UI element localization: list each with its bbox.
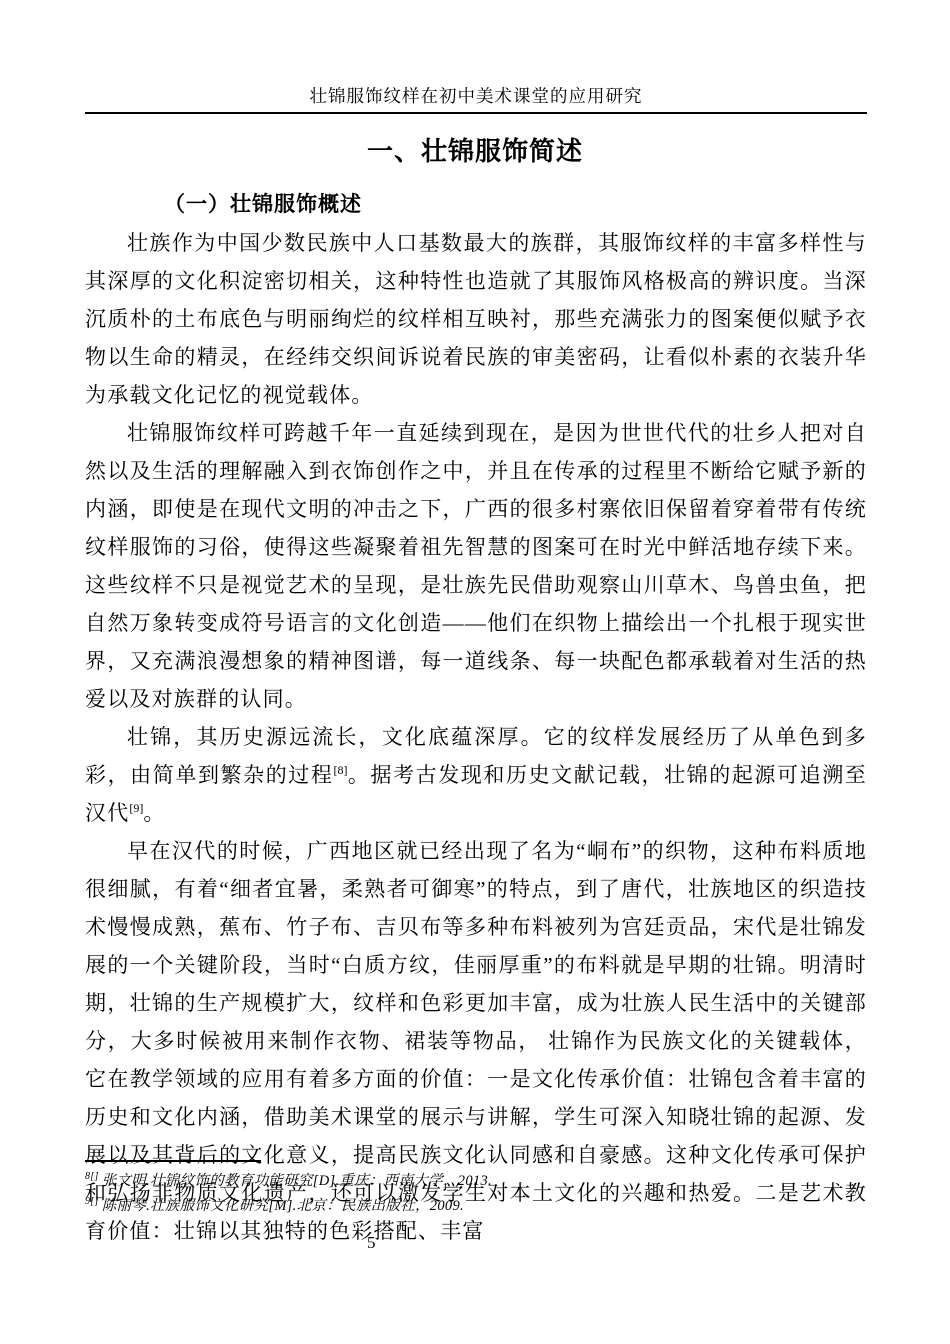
- footnote-text-9: 陈丽琴.壮族服饰文化研究[M].北京：民族出版社，2009.: [102, 1198, 464, 1214]
- page-number: 5: [367, 1233, 376, 1253]
- document-page: 壮锦服饰纹样在初中美术课堂的应用研究 一、壮锦服饰简述 （一）壮锦服饰概述 壮族…: [0, 0, 950, 1344]
- body-text: 壮族作为中国少数民族中人口基数最大的族群，其服饰纹样的丰富多样性与其深厚的文化积…: [85, 224, 867, 1250]
- footnote-marker-8: 8[]: [85, 1171, 99, 1182]
- footnotes-section: 8[]张文明.壮锦纹饰的教育功能研究[D].重庆：西南大学，2013. 9[]陈…: [85, 1160, 867, 1219]
- footnote-ref-9: [9]: [129, 801, 143, 815]
- paragraph-2: 壮锦服饰纹样可跨越千年一直延续到现在，是因为世世代代的壮乡人把对自然以及生活的理…: [85, 414, 867, 718]
- paragraph-3-text-3: 。: [143, 801, 165, 825]
- footnote-ref-8: [8]: [333, 763, 347, 777]
- footnote-item-9: 9[]陈丽琴.壮族服饰文化研究[M].北京：民族出版社，2009.: [85, 1194, 867, 1219]
- footnote-separator-rule: [85, 1160, 261, 1162]
- paragraph-3: 壮锦，其历史源远流长，文化底蕴深厚。它的纹样发展经历了从单色到多彩，由简单到繁杂…: [85, 718, 867, 832]
- footnote-marker-9: 9[]: [85, 1196, 99, 1207]
- header-rule: [85, 112, 867, 114]
- paragraph-1: 壮族作为中国少数民族中人口基数最大的族群，其服饰纹样的丰富多样性与其深厚的文化积…: [85, 224, 867, 414]
- chapter-title: 一、壮锦服饰简述: [0, 131, 950, 168]
- page-header-title: 壮锦服饰纹样在初中美术课堂的应用研究: [85, 84, 867, 108]
- footnote-item-8: 8[]张文明.壮锦纹饰的教育功能研究[D].重庆：西南大学，2013.: [85, 1169, 867, 1194]
- footnote-text-8: 张文明.壮锦纹饰的教育功能研究[D].重庆：西南大学，2013.: [102, 1173, 492, 1189]
- section-title: （一）壮锦服饰概述: [164, 188, 362, 218]
